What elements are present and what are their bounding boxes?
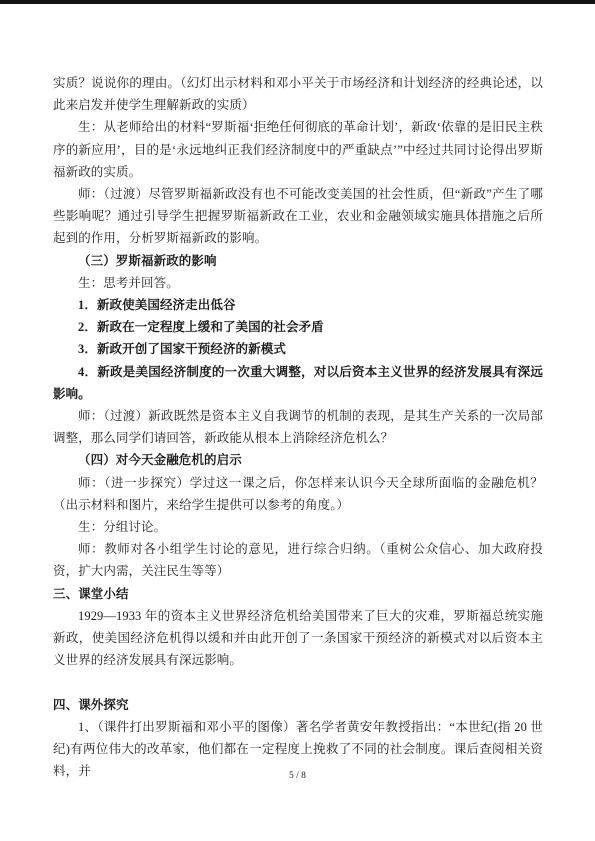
summary-paragraph: 1929—1933 年的资本主义世界经济危机给美国带来了巨大的灾难，罗斯福总统实…: [53, 605, 543, 672]
subsection-heading-4-inspiration: （四）对今天金融危机的启示: [53, 449, 543, 471]
list-item-1: 1．新政使美国经济走出低谷: [53, 294, 543, 316]
student-answer-paragraph: 生：思考并回答。: [53, 272, 543, 294]
student-response-paragraph: 生：从老师给出的材料“罗斯福‘拒绝任何彻底的革命计划’，新政‘依靠的是旧民主秩序…: [53, 116, 543, 183]
list-item-4: 4．新政是美国经济制度的一次重大调整，对以后资本主义世界的经济发展具有深远影响。: [53, 361, 543, 405]
list-item-3: 3．新政开创了国家干预经济的新模式: [53, 338, 543, 360]
document-body: 实质？说说你的理由。（幻灯出示材料和邓小平关于市场经济和计划经济的经典论述，以此…: [53, 72, 543, 782]
section-heading-class-summary: 三、课堂小结: [53, 583, 543, 605]
teacher-transition-paragraph: 师：（过渡）尽管罗斯福新政没有也不可能改变美国的社会性质，但“新政”产生了哪些影…: [53, 183, 543, 250]
subsection-heading-3-influence: （三）罗斯福新政的影响: [53, 250, 543, 272]
page-number: 5 / 8: [0, 769, 595, 783]
section-heading-extracurricular: 四、课外探究: [53, 694, 543, 716]
list-item-2: 2．新政在一定程度上缓和了美国的社会矛盾: [53, 316, 543, 338]
teacher-question-paragraph: 师：（过渡）新政既然是资本主义自我调节的机制的表现，是其生产关系的一次局部调整，…: [53, 405, 543, 449]
page-top-edge: [0, 0, 595, 4]
student-discussion-paragraph: 生：分组讨论。: [53, 516, 543, 538]
body-paragraph-continuation: 实质？说说你的理由。（幻灯出示材料和邓小平关于市场经济和计划经济的经典论述，以此…: [53, 72, 543, 116]
teacher-explore-paragraph: 师：（进一步探究）学过这一课之后，你怎样来认识今天全球所面临的金融危机？（出示材…: [53, 472, 543, 516]
blank-line-spacer: [53, 671, 543, 693]
teacher-summary-paragraph: 师：教师对各小组学生讨论的意见，进行综合归纳。（重树公众信心、加大政府投资，扩大…: [53, 538, 543, 582]
document-page: 实质？说说你的理由。（幻灯出示材料和邓小平关于市场经济和计划经济的经典论述，以此…: [0, 0, 595, 841]
